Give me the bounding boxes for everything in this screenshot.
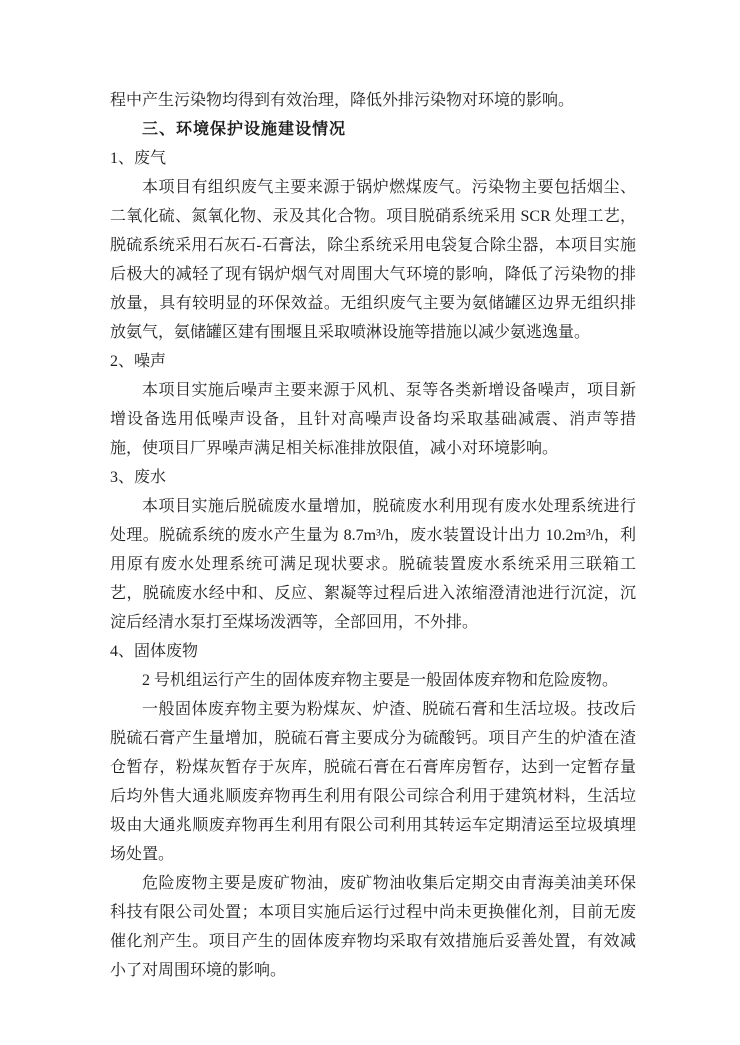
subsection-title-wastewater: 3、废水 [110, 463, 636, 492]
paragraph-waste-gas: 本项目有组织废气主要来源于锅炉燃煤废气。污染物主要包括烟尘、二氧化硫、氮氧化物、… [110, 173, 636, 347]
paragraph-wastewater: 本项目实施后脱硫废水量增加，脱硫废水利用现有废水处理系统进行处理。脱硫系统的废水… [110, 492, 636, 637]
paragraph-solid-waste-overview: 2 号机组运行产生的固体废弃物主要是一般固体废弃物和危险废物。 [110, 666, 636, 695]
subsection-title-noise: 2、噪声 [110, 347, 636, 376]
paragraph-hazardous-waste: 危险废物主要是废矿物油，废矿物油收集后定期交由青海美油美环保科技有限公司处置；本… [110, 869, 636, 985]
document-page: 程中产生污染物均得到有效治理，降低外排污染物对环境的影响。 三、环境保护设施建设… [0, 0, 740, 1045]
subsection-title-solid-waste: 4、固体废物 [110, 637, 636, 666]
paragraph-noise: 本项目实施后噪声主要来源于风机、泵等各类新增设备噪声，项目新增设备选用低噪声设备… [110, 376, 636, 463]
paragraph-continuation: 程中产生污染物均得到有效治理，降低外排污染物对环境的影响。 [110, 86, 636, 115]
subsection-title-waste-gas: 1、废气 [110, 144, 636, 173]
paragraph-general-solid-waste: 一般固体废弃物主要为粉煤灰、炉渣、脱硫石膏和生活垃圾。技改后脱硫石膏产生量增加，… [110, 695, 636, 869]
section-heading: 三、环境保护设施建设情况 [110, 115, 636, 144]
document-content: 程中产生污染物均得到有效治理，降低外排污染物对环境的影响。 三、环境保护设施建设… [110, 86, 636, 985]
